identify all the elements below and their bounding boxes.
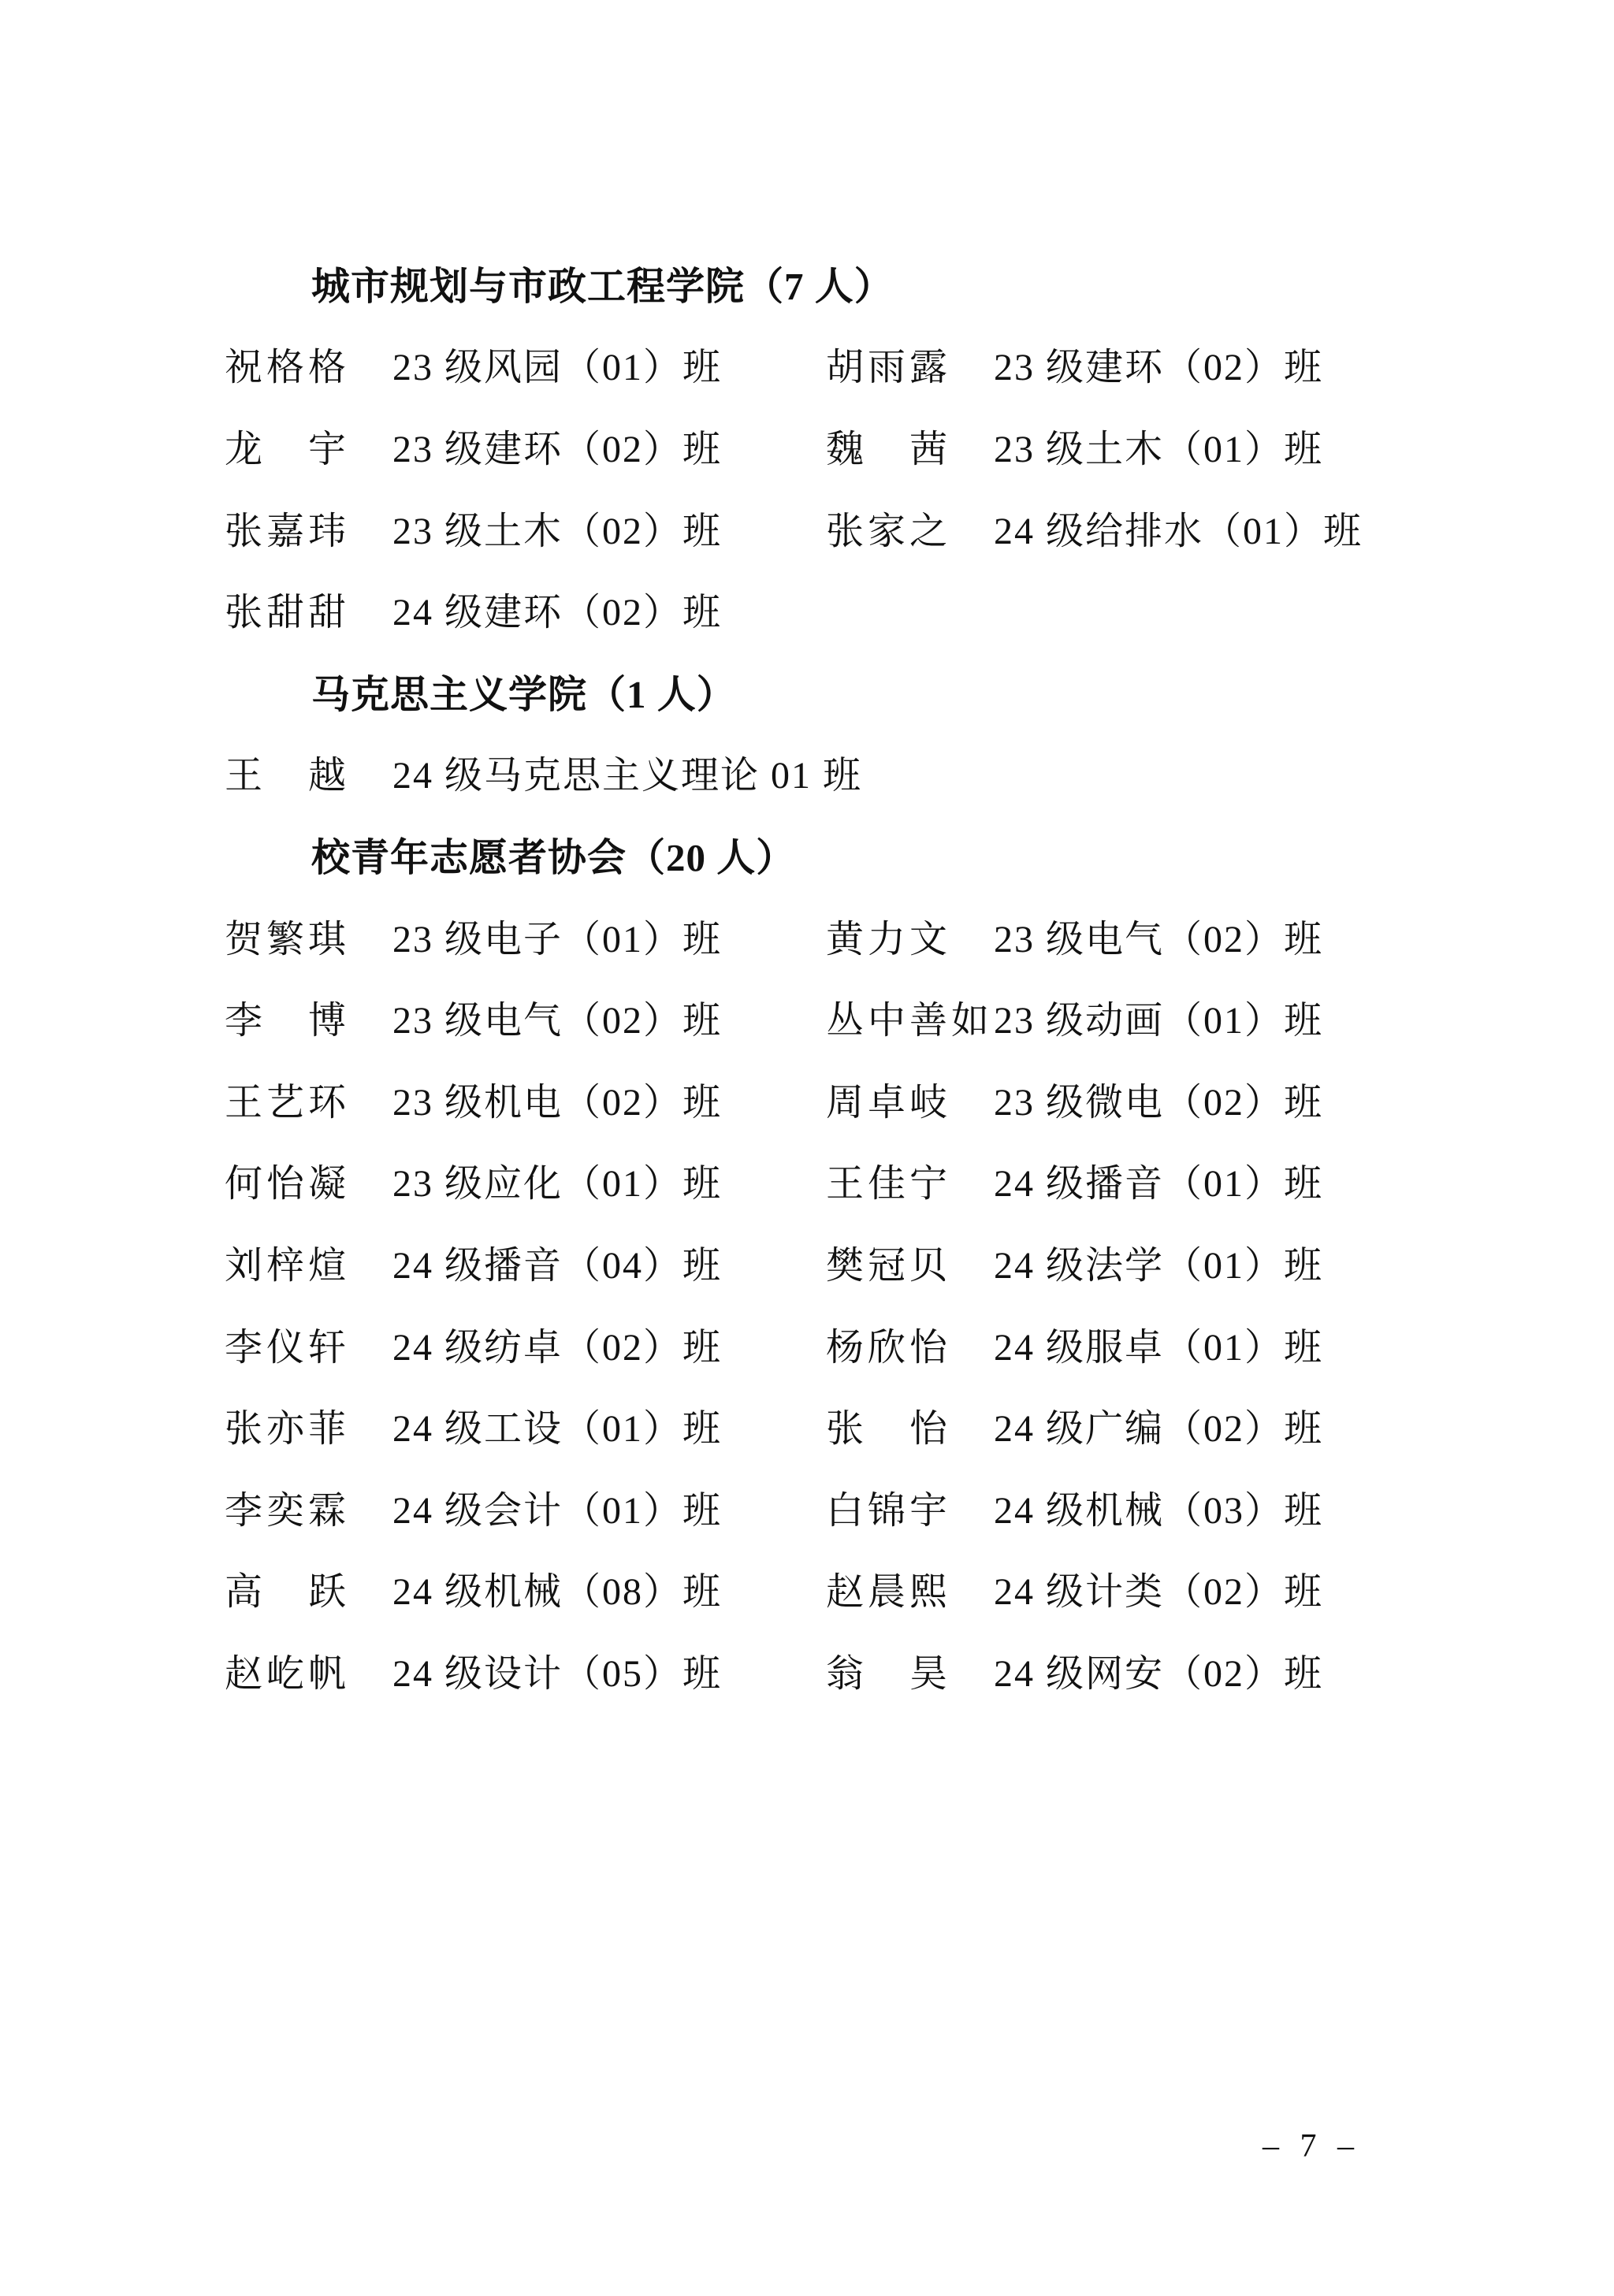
student-name: 高 跃	[225, 1573, 354, 1611]
student-name: 张家之	[826, 513, 955, 551]
student-class: 23 级机电（02）班	[392, 1084, 722, 1122]
student-name: 王 越	[225, 757, 354, 795]
student-name: 樊冠贝	[826, 1247, 955, 1285]
entry-row: 张亦菲24 级工设（01）班张 怡24 级广编（02）班	[225, 1388, 1422, 1470]
student-entry: 何怡凝23 级应化（01）班	[225, 1165, 826, 1203]
entry-row: 张甜甜24 级建环（02）班	[225, 572, 1422, 654]
student-entry: 李 博23 级电气（02）班	[225, 1002, 826, 1040]
student-name: 白锦宇	[826, 1492, 955, 1530]
student-name: 王佳宁	[826, 1165, 955, 1203]
student-name: 张 怡	[826, 1410, 955, 1448]
student-class: 24 级会计（01）班	[392, 1492, 722, 1530]
page-number: – 7 –	[1263, 2127, 1360, 2165]
student-name: 张甜甜	[225, 594, 354, 632]
student-class: 24 级纺卓（02）班	[392, 1329, 722, 1367]
student-name: 黄力文	[826, 921, 955, 959]
entry-row: 王艺环23 级机电（02）班周卓岐23 级微电（02）班	[225, 1062, 1422, 1144]
student-name: 祝格格	[225, 349, 354, 387]
student-name: 杨欣怡	[826, 1329, 955, 1367]
student-name: 翁 昊	[826, 1655, 955, 1693]
student-name: 赵屹帆	[225, 1655, 354, 1693]
document-page: 城市规划与市政工程学院（7 人）祝格格23 级风园（01）班胡雨露23 级建环（…	[0, 0, 1614, 2296]
student-entry: 张亦菲24 级工设（01）班	[225, 1410, 826, 1448]
student-name: 周卓岐	[826, 1084, 955, 1122]
student-entry: 翁 昊24 级网安（02）班	[826, 1655, 1323, 1693]
student-name: 龙 宇	[225, 431, 354, 469]
student-class: 24 级设计（05）班	[392, 1655, 722, 1693]
entry-row: 李仪轩24 级纺卓（02）班杨欣怡24 级服卓（01）班	[225, 1307, 1422, 1389]
student-entry: 龙 宇23 级建环（02）班	[225, 431, 826, 469]
student-class: 23 级应化（01）班	[392, 1165, 722, 1203]
entry-row: 张嘉玮23 级土木（02）班张家之24 级给排水（01）班	[225, 491, 1422, 573]
student-name: 丛中善如	[826, 1002, 955, 1040]
student-name: 张嘉玮	[225, 513, 354, 551]
entry-row: 何怡凝23 级应化（01）班王佳宁24 级播音（01）班	[225, 1144, 1422, 1226]
student-name: 贺繁琪	[225, 921, 354, 959]
student-class: 23 级动画（01）班	[994, 1002, 1323, 1040]
entry-row: 李奕霖24 级会计（01）班白锦宇24 级机械（03）班	[225, 1470, 1422, 1552]
entry-row: 王 越24 级马克思主义理论 01 班	[225, 736, 1422, 818]
entry-row: 李 博23 级电气（02）班丛中善如23 级动画（01）班	[225, 980, 1422, 1062]
student-name: 魏 茜	[826, 431, 955, 469]
student-entry: 杨欣怡24 级服卓（01）班	[826, 1329, 1323, 1367]
student-entry: 周卓岐23 级微电（02）班	[826, 1084, 1323, 1122]
student-class: 24 级计类（02）班	[994, 1573, 1323, 1611]
student-entry: 张嘉玮23 级土木（02）班	[225, 513, 826, 551]
student-name: 王艺环	[225, 1084, 354, 1122]
student-class: 24 级网安（02）班	[994, 1655, 1323, 1693]
student-class: 24 级建环（02）班	[392, 594, 722, 632]
student-entry: 李仪轩24 级纺卓（02）班	[225, 1329, 826, 1367]
student-entry: 张家之24 级给排水（01）班	[826, 513, 1363, 551]
student-class: 24 级工设（01）班	[392, 1410, 722, 1448]
entry-row: 龙 宇23 级建环（02）班魏 茜23 级土木（01）班	[225, 409, 1422, 491]
student-class: 24 级播音（04）班	[392, 1247, 722, 1285]
entry-row: 贺繁琪23 级电子（01）班黄力文23 级电气（02）班	[225, 899, 1422, 981]
student-class: 23 级微电（02）班	[994, 1084, 1323, 1122]
student-class: 23 级土木（02）班	[392, 513, 722, 551]
entry-row: 刘梓煊24 级播音（04）班樊冠贝24 级法学（01）班	[225, 1225, 1422, 1307]
student-class: 23 级电子（01）班	[392, 921, 722, 959]
student-class: 23 级电气（02）班	[994, 921, 1323, 959]
student-entry: 王艺环23 级机电（02）班	[225, 1084, 826, 1122]
student-name: 李仪轩	[225, 1329, 354, 1367]
student-class: 24 级法学（01）班	[994, 1247, 1323, 1285]
student-name: 李奕霖	[225, 1492, 354, 1530]
student-entry: 白锦宇24 级机械（03）班	[826, 1492, 1323, 1530]
student-entry: 祝格格23 级风园（01）班	[225, 349, 826, 387]
student-name: 胡雨露	[826, 349, 955, 387]
student-entry: 赵屹帆24 级设计（05）班	[225, 1655, 826, 1693]
student-entry: 李奕霖24 级会计（01）班	[225, 1492, 826, 1530]
student-entry: 黄力文23 级电气（02）班	[826, 921, 1323, 959]
student-class: 23 级建环（02）班	[392, 431, 722, 469]
student-entry: 魏 茜23 级土木（01）班	[826, 431, 1323, 469]
student-class: 24 级给排水（01）班	[994, 513, 1363, 551]
student-class: 23 级土木（01）班	[994, 431, 1323, 469]
student-entry: 赵晨熙24 级计类（02）班	[826, 1573, 1323, 1611]
student-class: 24 级马克思主义理论 01 班	[392, 757, 862, 795]
student-class: 24 级播音（01）班	[994, 1165, 1323, 1203]
student-name: 何怡凝	[225, 1165, 354, 1203]
student-class: 23 级建环（02）班	[994, 349, 1323, 387]
student-entry: 张甜甜24 级建环（02）班	[225, 594, 826, 632]
student-entry: 丛中善如23 级动画（01）班	[826, 1002, 1323, 1040]
student-entry: 张 怡24 级广编（02）班	[826, 1410, 1323, 1448]
student-name: 刘梓煊	[225, 1247, 354, 1285]
section-heading: 城市规划与市政工程学院（7 人）	[225, 246, 1422, 328]
student-entry: 樊冠贝24 级法学（01）班	[826, 1247, 1323, 1285]
student-class: 24 级机械（03）班	[994, 1492, 1323, 1530]
student-class: 23 级风园（01）班	[392, 349, 722, 387]
section-heading: 校青年志愿者协会（20 人）	[225, 817, 1422, 899]
entry-row: 赵屹帆24 级设计（05）班翁 昊24 级网安（02）班	[225, 1633, 1422, 1715]
student-entry: 刘梓煊24 级播音（04）班	[225, 1247, 826, 1285]
student-name: 李 博	[225, 1002, 354, 1040]
student-entry: 王 越24 级马克思主义理论 01 班	[225, 757, 826, 795]
student-class: 23 级电气（02）班	[392, 1002, 722, 1040]
entry-row: 祝格格23 级风园（01）班胡雨露23 级建环（02）班	[225, 328, 1422, 410]
student-name: 赵晨熙	[826, 1573, 955, 1611]
student-entry: 高 跃24 级机械（08）班	[225, 1573, 826, 1611]
student-name: 张亦菲	[225, 1410, 354, 1448]
content: 城市规划与市政工程学院（7 人）祝格格23 级风园（01）班胡雨露23 级建环（…	[225, 246, 1422, 1715]
student-class: 24 级广编（02）班	[994, 1410, 1323, 1448]
student-class: 24 级服卓（01）班	[994, 1329, 1323, 1367]
entry-row: 高 跃24 级机械（08）班赵晨熙24 级计类（02）班	[225, 1552, 1422, 1634]
student-entry: 贺繁琪23 级电子（01）班	[225, 921, 826, 959]
student-class: 24 级机械（08）班	[392, 1573, 722, 1611]
section-heading: 马克思主义学院（1 人）	[225, 654, 1422, 736]
student-entry: 王佳宁24 级播音（01）班	[826, 1165, 1323, 1203]
student-entry: 胡雨露23 级建环（02）班	[826, 349, 1323, 387]
